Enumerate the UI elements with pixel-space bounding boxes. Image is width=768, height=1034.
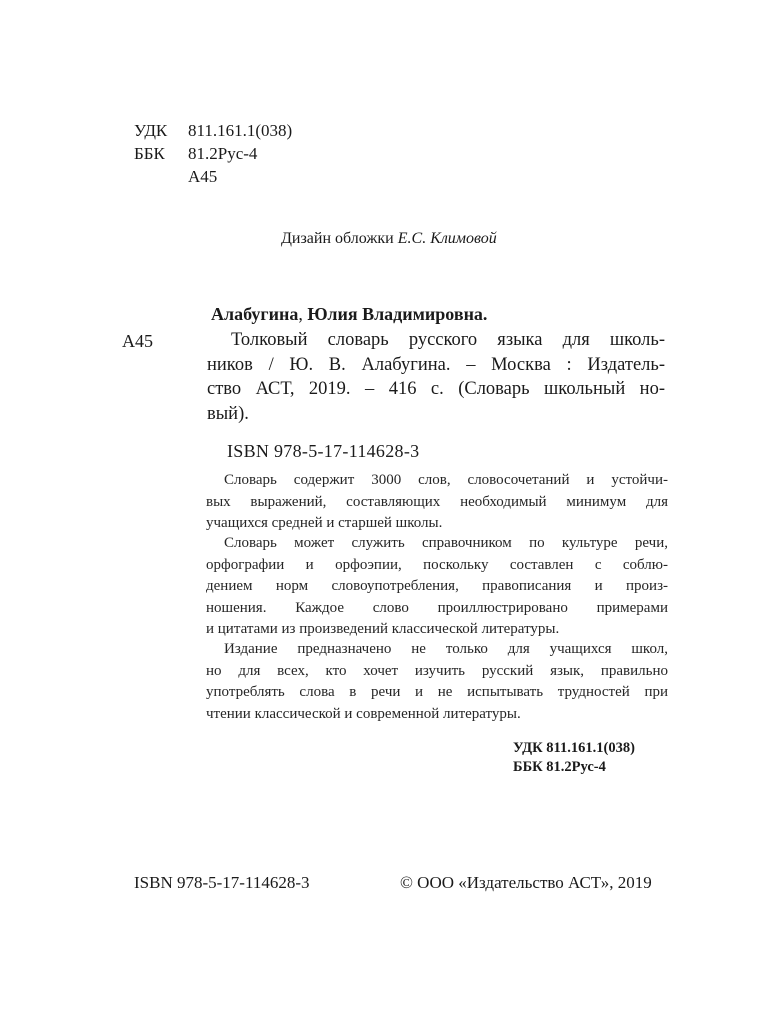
description-line: ников / Ю. В. Алабугина. – Москва : Изда…	[207, 353, 665, 378]
classification-bottom: УДК 811.161.1(038) ББК 81.2Рус-4	[513, 739, 635, 777]
isbn: ISBN 978-5-17-114628-3	[227, 441, 419, 462]
bibliographic-description: Толковый словарь русского языка для школ…	[207, 328, 665, 426]
copyright-notice: © ООО «Издательство АСТ», 2019	[400, 873, 652, 893]
author-mark-row: А45	[134, 165, 292, 188]
bbk-label: ББК	[134, 142, 188, 165]
annotation-line: Словарь может служить справочником по ку…	[206, 533, 668, 555]
annotation-line: орфографии и орфоэпии, поскольку составл…	[206, 555, 668, 577]
annotation-paragraph-2: Словарь может служить справочником по ку…	[206, 533, 668, 641]
annotation-line: дением норм словоупотребления, правописа…	[206, 576, 668, 598]
annotation-line: но для всех, кто хочет изучить русский я…	[206, 661, 668, 683]
classification-codes: УДК 811.161.1(038) ББК 81.2Рус-4 А45	[134, 119, 292, 188]
bbk-value: 81.2Рус-4	[188, 142, 257, 165]
author-name: Юлия Владимировна.	[303, 304, 488, 324]
annotation-line: Словарь содержит 3000 слов, словосочетан…	[206, 470, 668, 492]
bbk-row: ББК 81.2Рус-4	[134, 142, 292, 165]
entry-author-mark: А45	[122, 331, 153, 352]
cover-design-credit: Дизайн обложки Е.С. Климовой	[281, 230, 497, 248]
design-prefix: Дизайн обложки	[281, 230, 398, 247]
annotation-paragraph-1: Словарь содержит 3000 слов, словосочетан…	[206, 470, 668, 535]
udk-row: УДК 811.161.1(038)	[134, 119, 292, 142]
annotation-line: и цитатами из произведений классической …	[206, 619, 668, 641]
annotation-line: вых выражений, составляющих необходимый …	[206, 492, 668, 514]
udk-label: УДК	[134, 119, 188, 142]
annotation-line: Издание предназначено не только для учащ…	[206, 639, 668, 661]
annotation-line: учащихся средней и старшей школы.	[206, 513, 668, 535]
author-heading: Алабугина, Юлия Владимировна.	[211, 304, 487, 325]
description-line: Толковый словарь русского языка для школ…	[207, 328, 665, 353]
udk-value: 811.161.1(038)	[188, 119, 292, 142]
description-line: ство АСТ, 2019. – 416 с. (Словарь школьн…	[207, 377, 665, 402]
annotation-line: употреблять слова в речи и не испытывать…	[206, 682, 668, 704]
designer-name: Е.С. Климовой	[398, 230, 497, 247]
author-surname: Алабугина	[211, 304, 298, 324]
udk-bottom: УДК 811.161.1(038)	[513, 739, 635, 758]
annotation-line: ношения. Каждое слово проиллюстрировано …	[206, 598, 668, 620]
footer-isbn: ISBN 978-5-17-114628-3	[134, 873, 310, 893]
bbk-bottom: ББК 81.2Рус-4	[513, 758, 635, 777]
author-mark: А45	[188, 165, 217, 188]
annotation-paragraph-3: Издание предназначено не только для учащ…	[206, 639, 668, 725]
annotation-line: чтении классической и современной литера…	[206, 704, 668, 726]
description-line: вый).	[207, 402, 665, 427]
